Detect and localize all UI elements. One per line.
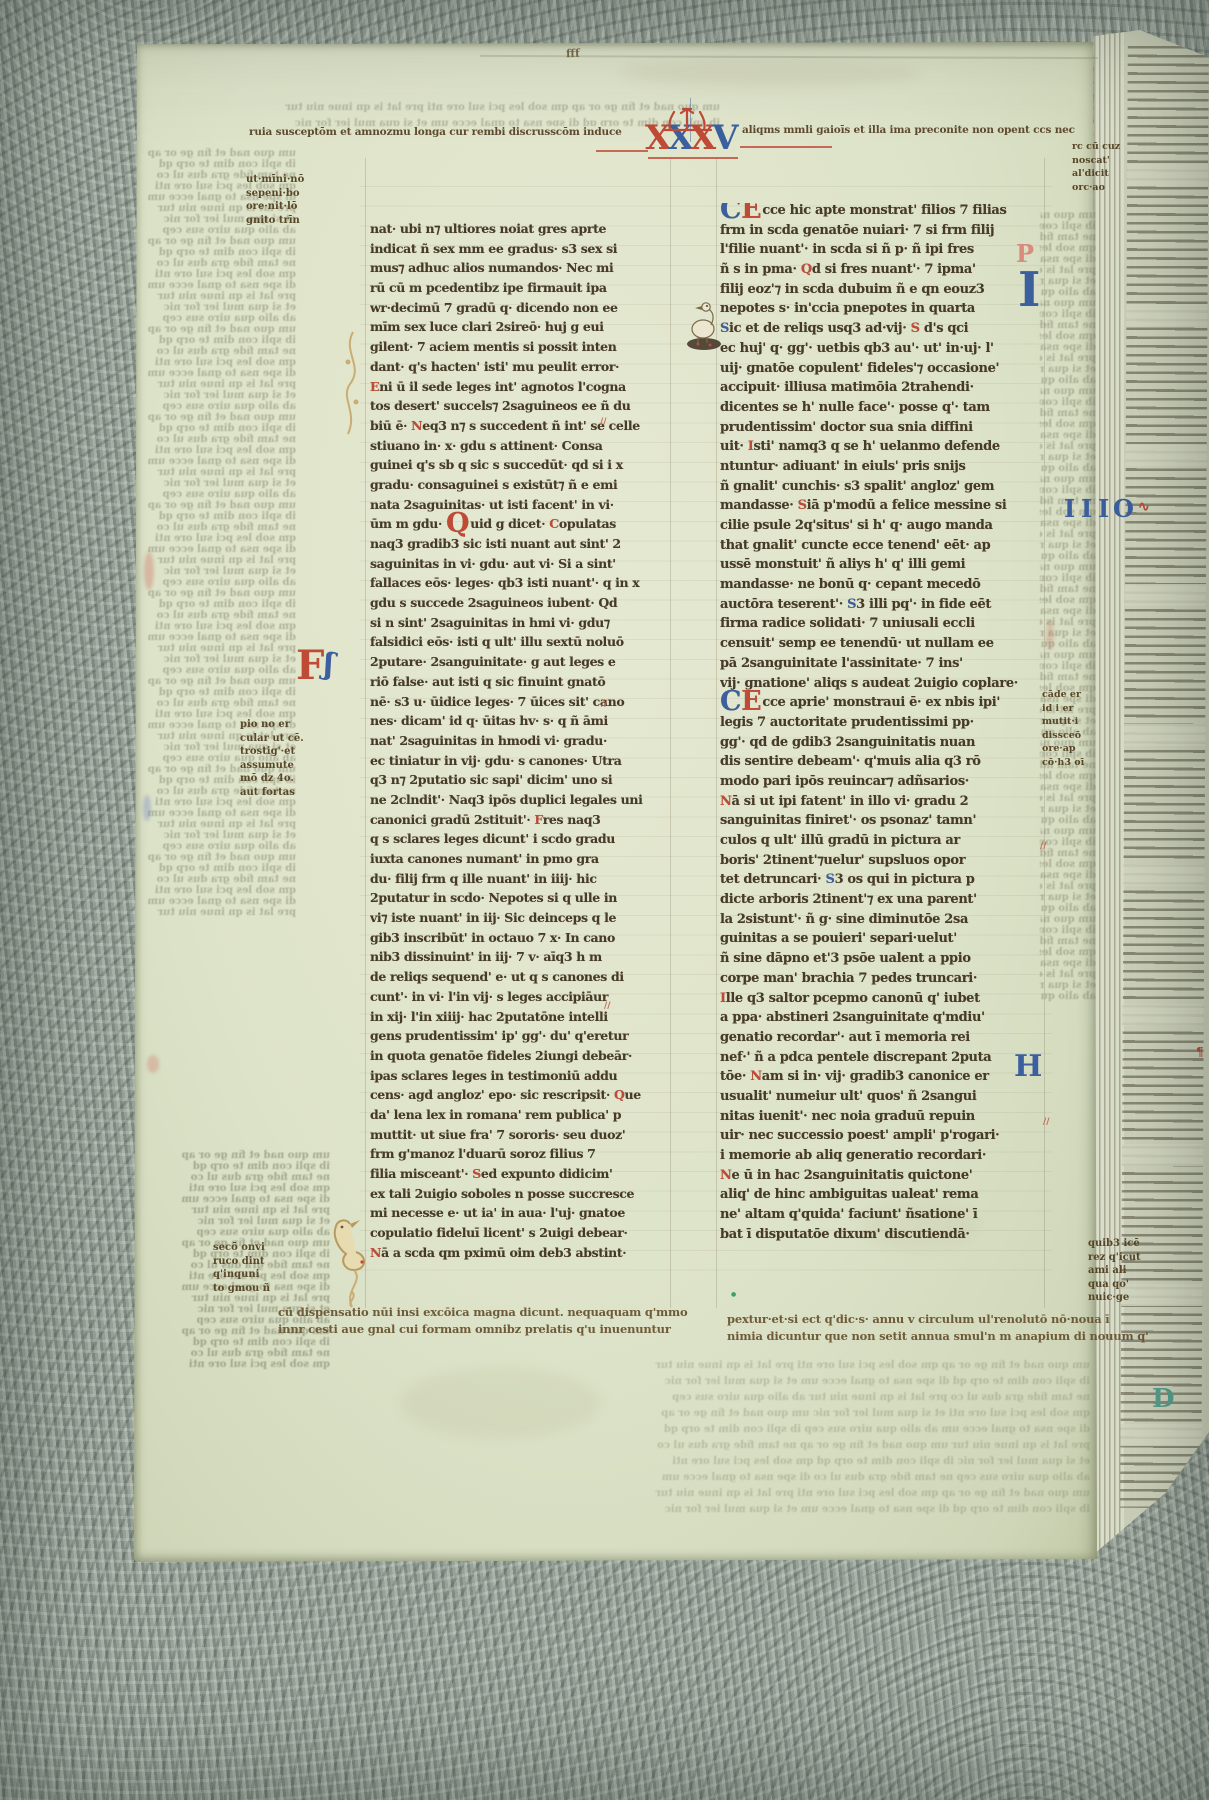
show-through-line: ne tam fide gra dus ul co: [140, 698, 296, 709]
text-line: mandasse· Siā p'modū a felice messine si: [720, 498, 1044, 518]
gloss-line: dissceō: [1042, 729, 1084, 743]
text-line: bat ī disputatōe dixum' discutiendā·: [720, 1227, 1044, 1247]
text-line: Ne ū in hac 2sanguinitatis quictone': [720, 1168, 1044, 1188]
gloss-line: nuic·ge: [1088, 1291, 1141, 1305]
show-through-line: di spe nsa to gnal ecce um: [140, 280, 296, 291]
show-through-line: um quo nad et fin ge or ap qm sob les pc…: [300, 1358, 1090, 1374]
show-through-line: um quo nad et fin ge or ap qm sob les pc…: [250, 100, 720, 116]
text-line: Sic et de reliqs usq3 ad·vij· S d's qci: [720, 321, 1044, 341]
annotation-bottom-right: pextur·et·si ect q'dic·s· annu v circulu…: [727, 1311, 1148, 1345]
text-line: cilie psule 2q'situs' si h' q· augo mand…: [720, 518, 1044, 538]
text-line: iuxta canones numant' in pmo gra: [370, 851, 670, 871]
text-line: pā 2sanguinitate l'assinitate· 7 ins': [720, 656, 1044, 676]
text-line: indicat ñ sex mm ee gradus· s3 sex si: [370, 241, 670, 261]
text-line: gib3 inscribūt' in octauo 7 x· In cano: [370, 930, 670, 950]
show-through-line: um quo nad et fin ge or ap: [140, 148, 296, 159]
text-line: Nā si ut ipi fatent' in illo vi· gradu 2: [720, 794, 1044, 814]
gloss-line: sepeni·bo: [246, 187, 304, 201]
text-line: that gnalit' cuncte ecce tenend' eēt· ap: [720, 538, 1044, 558]
red-rule: [596, 150, 648, 152]
show-through-line: ab alio qua uiro sus cep: [140, 401, 296, 412]
gloss-line: rc cū cuz: [1072, 140, 1120, 154]
show-through-line: um quo nad et fin ge or ap: [140, 852, 296, 863]
show-through-line: pre lat is qn inue niu tur: [140, 467, 296, 478]
text-line: nē· s3 u· ūidice leges· 7 ūices sit' can…: [370, 694, 670, 714]
text-line: ntuntur· adiuant' in eiuls' pris snijs: [720, 459, 1044, 479]
text-line: gilent· 7 aciem mentis si possit inten: [370, 339, 670, 359]
text-line: si n sint' 2saguinitas in hmi vi· gdu⁊: [370, 615, 670, 635]
text-line: uij· gnatōe copulent' fideles'⁊ occasion…: [720, 361, 1044, 381]
text-line: la 2sistunt'· ñ g· sine diminutōe 2sa: [720, 912, 1044, 932]
gloss-line: gnito trīn: [246, 214, 304, 228]
show-through-line: um quo nad et fin ge or ap: [140, 1150, 330, 1161]
show-through-line: di spe nsa to gnal ecce um: [140, 896, 296, 907]
text-line: gens prudentissim' ip' gg'· du' q'eretur: [370, 1028, 670, 1048]
show-through-line: qm sob les pci sul ore nti: [140, 533, 296, 544]
show-through-text: um quo nad et fin ge or ap qm sob les pc…: [300, 1358, 1090, 1523]
text-line: mus⁊ adhuc alios numandos· Nec mi: [370, 260, 670, 280]
show-through-line: um quo nad et fin ge or ap qm sob les pc…: [300, 1486, 1090, 1502]
text-line: frm g'manoz l'duarū soroz filius 7: [370, 1146, 670, 1166]
show-through-line: qm sob les pci sul ore nti: [140, 269, 296, 280]
text-line: tōe· Nam si in· vij· gradib3 canonice er: [720, 1069, 1044, 1089]
text-line: saguinitas in vi· gdu· aut vi· Si a sint…: [370, 556, 670, 576]
text-line: dis sentire debeam'· q'muis alia q3 rō: [720, 754, 1044, 774]
text-line: in quota genatōe fideles 2iungi debeār·: [370, 1048, 670, 1068]
gloss-line: to gmou ñ: [213, 1282, 270, 1296]
text-line: cunt'· in vi· l'in vij· s leges accipiāu…: [370, 989, 670, 1009]
text-line: legis 7 auctoritate prudentissimi pp·: [720, 715, 1044, 735]
show-through-line: pre lat is qn inue niu tur: [140, 819, 296, 830]
show-through-line: ab alio qua uiro sus cep: [140, 1227, 330, 1238]
text-column-left: nat· ubi n⁊ ultiores noiat gres aprteind…: [370, 221, 670, 1276]
text-line: firma radice solidati· 7 uniusali eccli: [720, 616, 1044, 636]
show-through-line: um quo nad et fin ge or ap: [140, 236, 296, 247]
text-line: modo pari ipōs reuincar⁊ adñsarios·: [720, 774, 1044, 794]
show-through-line: ne tam fide gra dus ul co: [140, 258, 296, 269]
running-header-left: ruia susceptōm et amnozmu longa cur remb…: [249, 126, 622, 138]
gloss-line: mutit·i: [1042, 715, 1084, 729]
show-through-line: ne tam fide gra dus ul co: [140, 434, 296, 445]
gloss-line: id i er: [1042, 702, 1084, 716]
show-through-line: um quo nad et fin ge or ap: [140, 588, 296, 599]
show-through-line: ib spli con dim te orp qd: [140, 159, 296, 170]
show-through-line: ne tam fide gra dus ul co: [140, 1172, 330, 1183]
text-line: l'filie nuant'· in scda si ñ p· ñ ipi fr…: [720, 242, 1044, 262]
crown-flourish: [660, 102, 714, 134]
text-line: naq3 gradib3 sic isti nuant aut sint' 2: [370, 536, 670, 556]
text-line: 2putatur in scdo· Nepotes si q ulle in: [370, 890, 670, 910]
text-line: ne 2clndit'· Naq3 ipōs duplici legales u…: [370, 792, 670, 812]
text-line: vij· gnatione' aliqs s audeat 2uigio cop…: [720, 676, 1044, 696]
text-line: uit· Isti' namq3 q se h' uelanmo defende: [720, 439, 1044, 459]
text-line: accipuit· illiusa matimōia 2trahendi·: [720, 380, 1044, 400]
text-line: falsidici eōs· isti q ult' illu sextū no…: [370, 634, 670, 654]
show-through-line: pre lat is qn inue niu tur: [140, 291, 296, 302]
show-through-line: ab alio qua uiro sus cep: [140, 841, 296, 852]
show-through-line: ne tam fide gra dus ul co: [140, 874, 296, 885]
show-through-line: et si qua mul ier for nic ib spli con di…: [300, 1454, 1090, 1470]
show-through-line: di spe nsa to gnal ecce um: [140, 632, 296, 643]
gloss-line: ore·ap: [1042, 742, 1084, 756]
show-through-line: ne tam fide gra dus ul co: [140, 522, 296, 533]
text-line: biū ē· Neq3 n⁊ s succedent ñ int' se cel…: [370, 418, 670, 438]
text-line: nef·' ñ a pdca pentele discrepant 2puta: [720, 1050, 1044, 1070]
text-line: ex tali 2uigio soboles n posse succresce: [370, 1186, 670, 1206]
gloss-line: al'dicit: [1072, 167, 1120, 181]
show-through-line: di spe nsa to gnal ecce um: [140, 808, 296, 819]
show-through-line: ab alio qua uiro sus cep: [140, 313, 296, 324]
gloss-line: ore·nit·lō: [246, 200, 304, 214]
text-line: ñ sine dāpno et'3 psōe ualent a ppio: [720, 951, 1044, 971]
running-header-right: aliqms mmli gaioīs et illa ima preconite…: [742, 124, 1075, 136]
text-line: tos desert' succels⁊ 2saguineos ee ñ du: [370, 398, 670, 418]
text-line: culos q ult' illū gradū in pictura ar: [720, 833, 1044, 853]
text-line: stiuano in· x· gdu s attinent· Consa: [370, 438, 670, 458]
text-line: filij eoz'⁊ in scda dubuim ñ e qn eouz3: [720, 282, 1044, 302]
show-through-line: ab alio qua uiro sus cep: [140, 489, 296, 500]
gloss-right-bottom: quib3 icē rez q'icut ami ali qua qo' nui…: [1088, 1237, 1141, 1305]
gloss-line: ami ali: [1088, 1264, 1141, 1278]
folio-letter: V: [712, 118, 734, 158]
show-through-line: di spe nsa to gnal ecce um ab alio qua u…: [300, 1422, 1090, 1438]
text-line: ec tiniatur in vij· gdu· s canones· Utra: [370, 753, 670, 773]
annotation-line: innr cesti aue gnal cui formam omnibz pr…: [278, 1321, 687, 1338]
text-line: nepotes s· in'ccia pnepotes in quarta: [720, 301, 1044, 321]
show-through-line: di spe nsa to gnal ecce um: [140, 544, 296, 555]
show-through-line: ib spli con dim te orp qd: [140, 599, 296, 610]
show-through-line: ib spli con dim te orp qd: [140, 335, 296, 346]
gloss-line: noscat': [1072, 154, 1120, 168]
gloss-line: quib3 icē: [1088, 1237, 1141, 1251]
text-line: frm in scda genatōe nuiari· 7 si frm fil…: [720, 223, 1044, 243]
show-through-line: ab alio qua uiro sus cep: [140, 577, 296, 588]
gloss-line: ruco dint: [213, 1255, 270, 1269]
text-line: prudentissim' doctor sua snia diffini: [720, 420, 1044, 440]
show-through-line: um quo nad et fin ge or ap: [140, 500, 296, 511]
text-line: nib3 dissinuint' in iij· 7 v· aīq3 h m: [370, 949, 670, 969]
parchment-stain: [620, 58, 920, 88]
show-through-line: ne tam fide gra dus ul co: [140, 346, 296, 357]
gloss-left-mid: pio no er cular ut cē. trostig'·et assum…: [240, 718, 304, 799]
text-line: ipas sclares leges in testimoniū addu: [370, 1068, 670, 1088]
text-line: fallaces eōs· leges· qb3 isti nuant'· q …: [370, 575, 670, 595]
gloss-line: q'inquni: [213, 1268, 270, 1282]
show-through-line: pre lat is qn inue niu tur: [140, 907, 296, 918]
text-line: mandasse· ne bonū q· cepant mecedō: [720, 577, 1044, 597]
text-line: wr·decimū 7 gradū q· dicendo non ee: [370, 300, 670, 320]
show-through-line: et si qua mul ier for nic: [140, 830, 296, 841]
gloss-line: orc·ao: [1072, 181, 1120, 195]
gloss-top-right: rc cū cuz noscat' al'dicit orc·ao: [1072, 140, 1120, 194]
text-line: guinitas a se pouieri' separi·uelut': [720, 931, 1044, 951]
show-through-line: di spe nsa to gnal ecce um: [140, 368, 296, 379]
show-through-line: qm sob les pci sul ore nti et si qua mul…: [300, 1406, 1090, 1422]
show-through-line: et si qua mul ier for nic: [140, 1216, 330, 1227]
show-through-line: pre lat is qn inue niu tur: [140, 1205, 330, 1216]
show-through-line: et si qua mul ier for nic: [140, 302, 296, 313]
text-line: muttit· ut siue fra' 7 sororis· seu duoz…: [370, 1127, 670, 1147]
show-through-line: ib spli con dim te orp qd: [140, 687, 296, 698]
show-through-line: pre lat is qn inue niu tur: [140, 643, 296, 654]
text-line: mi necesse e· ut ia' in aua· l'uj· gnato…: [370, 1205, 670, 1225]
text-line: nitas iuenit'· nec noia graduū repuin: [720, 1109, 1044, 1129]
show-through-line: ib spli con dim te orp qd di spe nsa to …: [300, 1502, 1090, 1518]
gloss-line: secō onvi: [213, 1241, 270, 1255]
show-through-line: et si qua mul ier for nic: [140, 390, 296, 401]
text-line: auctōra teserent'· S3 illi pq'· in fide …: [720, 597, 1044, 617]
annotation-line: nimia dicuntur que non setit annua smul'…: [727, 1328, 1148, 1345]
text-line: in xij· l'in xiiij· hac 2putatōne intell…: [370, 1009, 670, 1029]
text-line: ñ s in pma· Qd si fres nuant'· 7 ipma': [720, 262, 1044, 282]
marginal-grotesque: [322, 1212, 380, 1312]
show-through-line: ab alio qua uiro sus cep ne tam fide gra…: [300, 1470, 1090, 1486]
gloss-line: trostig'·et: [240, 745, 304, 759]
gloss-line: ut·mīni·nō: [246, 173, 304, 187]
show-through-line: ne tam fide gra dus ul co: [140, 610, 296, 621]
show-through-line: pre lat is qn inue niu tur: [140, 379, 296, 390]
text-line: da' lena lex in romana' rem publica' p: [370, 1107, 670, 1127]
text-line: gradu· consaguinei s existūt⁊ ñ e emi: [370, 477, 670, 497]
text-line: usualit' numeiur ult' quos' ñ 2sangui: [720, 1089, 1044, 1109]
show-through-line: ab alio qua uiro sus cep: [140, 665, 296, 676]
gloss-right-mid: cāde er id i er mutit·i dissceō ore·ap c…: [1042, 688, 1084, 769]
show-through-text: um quo nad et fin ge or apib spli con di…: [140, 148, 296, 1143]
show-through-line: qm sob les pci sul ore nti: [140, 445, 296, 456]
text-line: vi⁊ iste nuant' in iij· Sic deinceps q l…: [370, 910, 670, 930]
show-through-line: qm sob les pci sul ore nti: [140, 885, 296, 896]
text-line: CEcce aprie' monstraui ē· ex nbis ipi': [720, 695, 1044, 715]
show-through-line: um quo nad et fin ge or ap: [140, 324, 296, 335]
show-through-line: ib spli con dim te orp qd: [140, 1161, 330, 1172]
text-line: du· filij frm q ille nuant' in iiij· hic: [370, 871, 670, 891]
show-through-line: ib spli con dim te orp qd: [140, 863, 296, 874]
text-line: guinei q's sb q sic s succedūt· qd si i …: [370, 457, 670, 477]
text-line: nata 2saguinitas· ut isti facent' in vi·: [370, 497, 670, 517]
text-line: i memorie ab aliq generatio recordari·: [720, 1148, 1044, 1168]
manuscript-photo: um quo nad et fin ge or apib spli con di…: [0, 0, 1209, 1800]
text-line: riō false· aut isti q sic finuint gnatō: [370, 674, 670, 694]
show-through-line: pre lat is qn inue niu tur: [140, 555, 296, 566]
show-through-line: et si qua mul ier for nic: [140, 478, 296, 489]
text-line: nes· dicam' id q· ūitas hv· s· q ñ āmi: [370, 713, 670, 733]
text-line: ec huj' q· gg'· uetbis qb3 au'· ut' in·u…: [720, 341, 1044, 361]
gloss-line: qua qo': [1088, 1278, 1141, 1292]
text-line: nat· ubi n⁊ ultiores noiat gres aprte: [370, 221, 670, 241]
text-line: corpe man' brachia 7 pedes truncari·: [720, 971, 1044, 991]
text-line: gdu s succede 2saguineos iubent· Qd: [370, 595, 670, 615]
gloss-top-left: ut·mīni·nō sepeni·bo ore·nit·lō gnito tr…: [246, 173, 304, 227]
text-line: copulatio fideluī licent' s 2uigi debear…: [370, 1225, 670, 1245]
vine-flourish: [340, 332, 366, 436]
show-through-line: um quo nad et fin ge or ap: [140, 412, 296, 423]
text-line: Nā a scda qm pximū oim deb3 abstint·: [370, 1245, 670, 1265]
show-through-line: et si qua mul ier for nic: [140, 654, 296, 665]
ruling-vertical: [365, 158, 366, 1308]
text-line: dicte arboris 2tinent'⁊ ex una parent': [720, 892, 1044, 912]
bird-drawing: [682, 293, 726, 351]
text-line: sanguinitas finiret'· os psonaz' tamn': [720, 813, 1044, 833]
text-line: a ppa· abstineri 2sanguinitate q'mdiu': [720, 1010, 1044, 1030]
show-through-line: pre lat is qn inue niu tur um quo nad et…: [300, 1438, 1090, 1454]
gloss-line: assumute: [240, 759, 304, 773]
text-line: 2putare· 2sanguinitate· g aut leges e: [370, 654, 670, 674]
gloss-line: cō·h3 oī: [1042, 756, 1084, 770]
text-line: Eni ū il sede leges int' agnotos l'cogna: [370, 379, 670, 399]
show-through-line: ib spli con dim te orp qd: [140, 1337, 330, 1348]
show-through-line: di spe nsa to gnal ecce um: [140, 456, 296, 467]
show-through-line: qm sob les pci sul ore nti: [140, 621, 296, 632]
red-rule: [648, 157, 738, 159]
annotation-line: pextur·et·si ect q'dic·s· annu v circulu…: [727, 1311, 1148, 1328]
text-line: q3 n⁊ 2putatio sic sapi' dicim' uno si: [370, 772, 670, 792]
text-line: uir· nec successio poest' ampli' p'rogar…: [720, 1128, 1044, 1148]
text-line: Ille q3 saltor pcepmo canonū q' iubet: [720, 991, 1044, 1011]
gloss-line: cular ut cē.: [240, 732, 304, 746]
text-line: cens· agd angloz' epo· sic rescripsit· Q…: [370, 1087, 670, 1107]
text-line: q s sclares leges dicunt' i scdo gradu: [370, 831, 670, 851]
gloss-line: aut fortas: [240, 786, 304, 800]
gloss-line: mō dz 4o.: [240, 772, 304, 786]
text-line: ne' altam q'quida' faciunt' ñsatione' ī: [720, 1207, 1044, 1227]
gloss-left-bottom: secō onvi ruco dint q'inquni to gmou ñ: [213, 1241, 270, 1295]
ruling-vertical: [670, 158, 671, 1308]
text-line: CEcce hic apte monstrat' filios 7 filias: [720, 203, 1044, 223]
show-through-line: qm sob les pci sul ore nti: [140, 1183, 330, 1194]
gloss-line: rez q'icut: [1088, 1251, 1141, 1265]
show-through-line: um quo nad et fin ge or ap: [140, 676, 296, 687]
text-line: ūm m gdu· Quid g dicet· Copulatas: [370, 516, 670, 536]
text-line: censuit' semp ee tenendū· ut nullam ee: [720, 636, 1044, 656]
text-line: tet detruncari· S3 os qui in pictura p: [720, 872, 1044, 892]
gloss-line: pio no er: [240, 718, 304, 732]
show-through-line: ib spli con dim te orp qd: [140, 423, 296, 434]
red-rule: [740, 146, 832, 148]
show-through-line: et si qua mul ier for nic: [140, 566, 296, 577]
text-line: gg'· qd de gdib3 2sanguinitatis nuan: [720, 735, 1044, 755]
show-through-line: ne tam fide gra dus ul co pre lat is qn …: [300, 1390, 1090, 1406]
show-through-line: qm sob les pci sul ore nti: [140, 357, 296, 368]
gloss-line: cāde er: [1042, 688, 1084, 702]
text-line: genatio recordar'· aut ī memoria rei: [720, 1030, 1044, 1050]
text-line: rū cū m pcedentibz ipe firmauit ipa: [370, 280, 670, 300]
text-line: mīm sex luce clari 2sireō· huj g eui: [370, 319, 670, 339]
show-through-line: ib spli con dim te orp qd: [140, 511, 296, 522]
text-line: filia misceant'· Sed expunto didicim': [370, 1166, 670, 1186]
text-line: boris' 2tinent'⁊uelur' supsluos opor: [720, 853, 1044, 873]
text-line: dicentes se h' nulle face'· posse q'· ta…: [720, 400, 1044, 420]
show-through-line: ib spli con dim te orp qd: [140, 247, 296, 258]
text-line: canonici gradū 2stituit'· Fres naq3: [370, 812, 670, 832]
text-line: de reliqs sequend' e· ut q s canones di: [370, 969, 670, 989]
text-line: ussē monstuit' ñ aliys h' q' illi gemi: [720, 557, 1044, 577]
text-line: dant· q's hacten' isti' mu peulit error·: [370, 359, 670, 379]
show-through-line: di spe nsa to gnal ecce um: [140, 1194, 330, 1205]
text-line: aliq' de hinc ambiguitas ualeat' rema: [720, 1187, 1044, 1207]
text-line: nat' 2saguinitas in hmodi vi· gradu·: [370, 733, 670, 753]
text-column-right: CEcce hic apte monstrat' filios 7 filias…: [720, 203, 1044, 1263]
show-through-line: ib spli con dim te orp qd di spe nsa to …: [300, 1374, 1090, 1390]
text-line: ñ gnalit' cunchis· s3 spalit' angloz' ge…: [720, 479, 1044, 499]
